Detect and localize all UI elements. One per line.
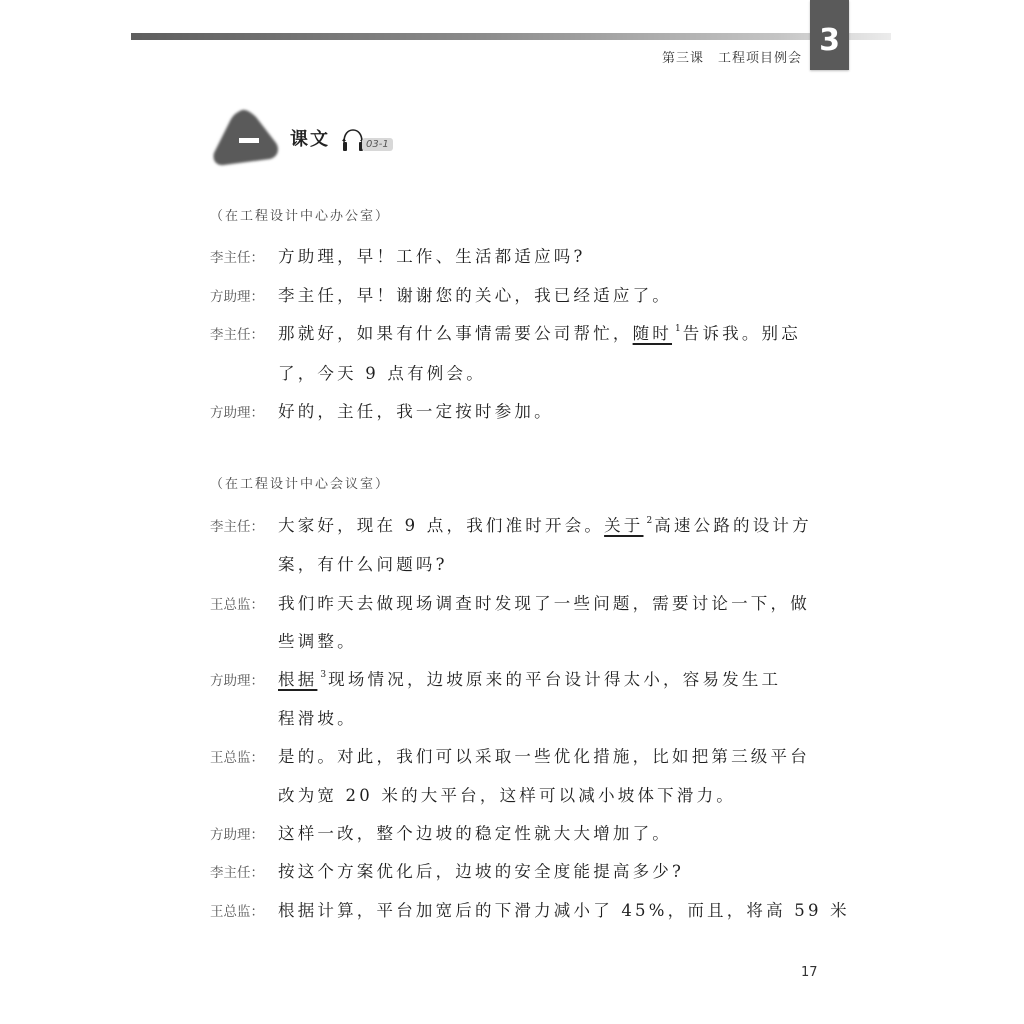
dialogue-line: 王总监： 我们昨天去做现场调查时发现了一些问题，需要讨论一下，做 xyxy=(210,590,810,614)
section-heading: 课文 03-1 xyxy=(210,105,393,170)
dialogue-line: 王总监： 根据计算，平台加宽后的下滑力减小了 45%，而且，将高 59 米 xyxy=(210,897,810,921)
page-number: 17 xyxy=(801,965,818,980)
triangle-badge-icon xyxy=(210,105,282,170)
audio-track-button[interactable]: 03-1 xyxy=(340,128,393,152)
note-number: 2 xyxy=(647,516,653,526)
keyword: 随时 xyxy=(633,324,672,343)
speech-text-after: 高速公路的设计方 xyxy=(654,516,812,535)
dialogue-line: 方助理： 根据3现场情况，边坡原来的平台设计得太小，容易发生工 xyxy=(210,666,810,690)
dialogue-line: 李主任： 那就好，如果有什么事情需要公司帮忙，随时1告诉我。别忘 xyxy=(210,320,810,344)
section-title: 课文 xyxy=(290,125,330,151)
speaker-label: 李主任： xyxy=(210,246,278,266)
section-number-badge xyxy=(210,105,282,170)
speaker-label: 方助理： xyxy=(210,823,278,843)
speech-text: 按这个方案优化后，边坡的安全度能提高多少? xyxy=(278,858,684,882)
speaker-label: 王总监： xyxy=(210,593,278,613)
speaker-label: 李主任： xyxy=(210,323,278,343)
scene-setting: （在工程设计中心会议室） xyxy=(210,473,390,492)
speech-continuation: 程滑坡。 xyxy=(278,705,357,729)
speech-text: 方助理，早！工作、生活都适应吗? xyxy=(278,243,586,267)
speech-continuation: 案，有什么问题吗? xyxy=(278,551,448,575)
speech-text: 那就好，如果有什么事情需要公司帮忙，随时1告诉我。别忘 xyxy=(278,320,801,344)
speech-text-before: 大家好，现在 9 点，我们准时开会。 xyxy=(278,516,604,535)
speaker-label: 王总监： xyxy=(210,746,278,766)
dialogue-line: 李主任： 方助理，早！工作、生活都适应吗? xyxy=(210,243,810,267)
speech-continuation: 改为宽 20 米的大平台，这样可以减小坡体下滑力。 xyxy=(278,782,736,806)
chapter-tab: 3 xyxy=(810,0,849,70)
speech-continuation: 些调整。 xyxy=(278,628,357,652)
speech-text: 李主任，早！谢谢您的关心，我已经适应了。 xyxy=(278,282,672,306)
lesson-label: 第三课 xyxy=(662,51,704,66)
speech-text: 根据3现场情况，边坡原来的平台设计得太小，容易发生工 xyxy=(278,666,781,690)
lesson-title: 工程项目例会 xyxy=(718,51,802,66)
header-rule xyxy=(131,33,891,40)
dialogue-line: 方助理： 这样一改，整个边坡的稳定性就大大增加了。 xyxy=(210,820,810,844)
dialogue-line: 方助理： 好的，主任，我一定按时参加。 xyxy=(210,398,810,422)
speaker-label: 王总监： xyxy=(210,900,278,920)
speaker-label: 李主任： xyxy=(210,515,278,535)
dialogue-line: 李主任： 按这个方案优化后，边坡的安全度能提高多少? xyxy=(210,858,810,882)
keyword: 关于 xyxy=(604,516,643,535)
speech-text: 这样一改，整个边坡的稳定性就大大增加了。 xyxy=(278,820,672,844)
audio-track-label: 03-1 xyxy=(362,138,393,151)
speech-text: 是的。对此，我们可以采取一些优化措施，比如把第三级平台 xyxy=(278,743,810,767)
running-head: 第三课工程项目例会 xyxy=(662,47,802,66)
chapter-number: 3 xyxy=(819,23,840,58)
speech-text: 好的，主任，我一定按时参加。 xyxy=(278,398,554,422)
speech-text-after: 告诉我。别忘 xyxy=(683,324,801,343)
dialogue-line: 王总监： 是的。对此，我们可以采取一些优化措施，比如把第三级平台 xyxy=(210,743,810,767)
note-number: 3 xyxy=(320,670,326,680)
speech-text-after: 现场情况，边坡原来的平台设计得太小，容易发生工 xyxy=(328,670,781,689)
speaker-label: 方助理： xyxy=(210,401,278,421)
speech-text: 大家好，现在 9 点，我们准时开会。关于2高速公路的设计方 xyxy=(278,512,812,536)
speech-text: 我们昨天去做现场调查时发现了一些问题，需要讨论一下，做 xyxy=(278,590,810,614)
speaker-label: 方助理： xyxy=(210,285,278,305)
speech-text-before: 那就好，如果有什么事情需要公司帮忙， xyxy=(278,324,633,343)
dialogue-line: 李主任： 大家好，现在 9 点，我们准时开会。关于2高速公路的设计方 xyxy=(210,512,810,536)
speech-text: 根据计算，平台加宽后的下滑力减小了 45%，而且，将高 59 米 xyxy=(278,897,850,921)
dialogue-line: 方助理： 李主任，早！谢谢您的关心，我已经适应了。 xyxy=(210,282,810,306)
speaker-label: 李主任： xyxy=(210,861,278,881)
keyword: 根据 xyxy=(278,670,317,689)
speech-continuation: 了，今天 9 点有例会。 xyxy=(278,360,486,384)
speaker-label: 方助理： xyxy=(210,669,278,689)
note-number: 1 xyxy=(675,324,681,334)
scene-setting: （在工程设计中心办公室） xyxy=(210,205,390,224)
